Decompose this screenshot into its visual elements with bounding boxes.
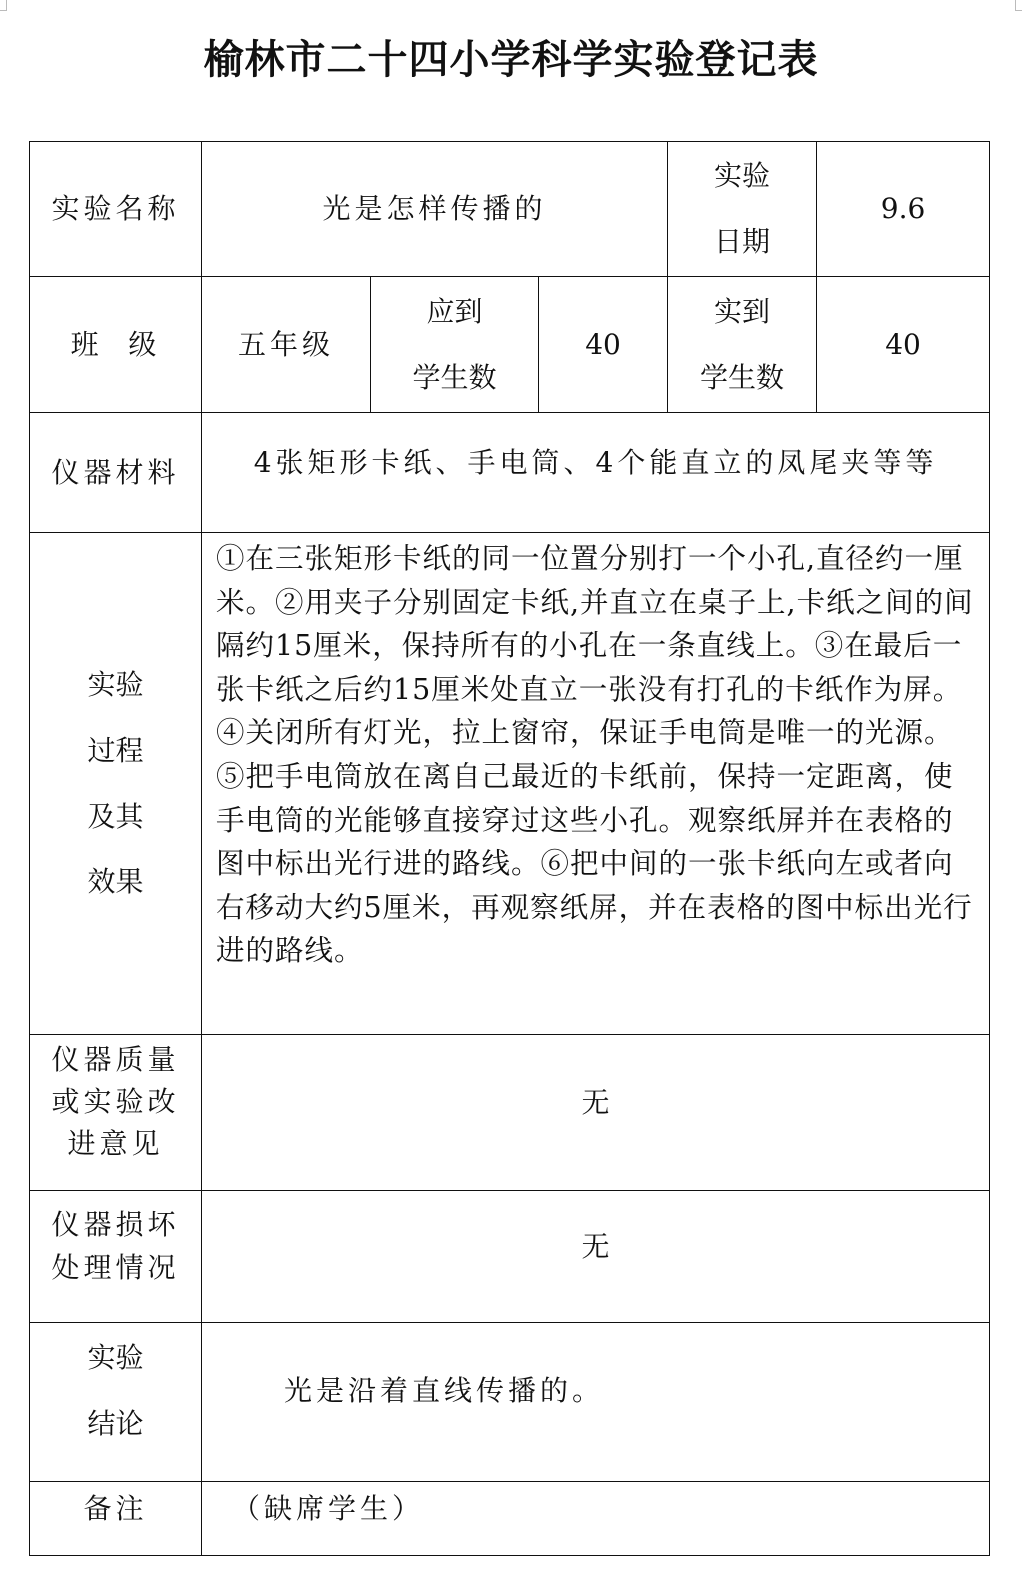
remarks-label: 备注 — [30, 1482, 202, 1556]
row-conclusion: 实验 结论 光是沿着直线传播的。 — [30, 1323, 990, 1482]
quality-value: 无 — [202, 1035, 990, 1191]
quality-label-line: 或实验改 — [30, 1081, 201, 1123]
remarks-value: （缺席学生） — [202, 1482, 990, 1556]
class-label: 班 级 — [30, 277, 202, 413]
damage-value: 无 — [202, 1191, 990, 1323]
conclusion-value: 光是沿着直线传播的。 — [202, 1323, 990, 1482]
page-corner-mark — [1015, 0, 1022, 11]
experiment-name-value: 光是怎样传播的 — [202, 142, 668, 277]
conclusion-label: 实验 结论 — [30, 1323, 202, 1482]
conclusion-label-line: 结论 — [30, 1391, 201, 1457]
actual-students-label: 实到学生数 — [668, 277, 817, 413]
expected-students-label: 应到学生数 — [371, 277, 539, 413]
process-label-line: 过程 — [30, 718, 201, 784]
damage-label-line: 仪器损坏 — [30, 1203, 201, 1246]
row-remarks: 备注 （缺席学生） — [30, 1482, 990, 1556]
process-label-line: 效果 — [30, 849, 201, 915]
page-corner-mark — [0, 0, 7, 11]
class-value: 五年级 — [202, 277, 371, 413]
row-quality: 仪器质量 或实验改 进意见 无 — [30, 1035, 990, 1191]
damage-label-line: 处理情况 — [30, 1246, 201, 1289]
date-label-line: 日期 — [668, 209, 816, 275]
document-title: 榆林市二十四小学科学实验登记表 — [0, 28, 1022, 85]
actual-label-line: 实到 — [668, 279, 816, 345]
actual-label-line: 学生数 — [668, 345, 816, 411]
process-value: ①在三张矩形卡纸的同一位置分别打一个小孔,直径约一厘米。②用夹子分别固定卡纸,并… — [202, 533, 990, 1035]
conclusion-label-line: 实验 — [30, 1325, 201, 1391]
expected-label-line: 学生数 — [371, 345, 538, 411]
process-label-line: 及其 — [30, 784, 201, 850]
experiment-name-label: 实验名称 — [30, 142, 202, 277]
materials-value: 4张矩形卡纸、手电筒、4个能直立的凤尾夹等等 — [202, 413, 990, 533]
row-materials: 仪器材料 4张矩形卡纸、手电筒、4个能直立的凤尾夹等等 — [30, 413, 990, 533]
quality-label-line: 进意见 — [30, 1123, 201, 1165]
date-label-line: 实验 — [668, 143, 816, 209]
row-experiment-name: 实验名称 光是怎样传播的 实验日期 9.6 — [30, 142, 990, 277]
row-process: 实验 过程 及其 效果 ①在三张矩形卡纸的同一位置分别打一个小孔,直径约一厘米。… — [30, 533, 990, 1035]
row-class: 班 级 五年级 应到学生数 40 实到学生数 40 — [30, 277, 990, 413]
date-value: 9.6 — [817, 142, 990, 277]
experiment-record-table: 实验名称 光是怎样传播的 实验日期 9.6 班 级 五年级 应到学生数 40 实… — [29, 141, 990, 1556]
actual-students-value: 40 — [817, 277, 990, 413]
expected-students-value: 40 — [539, 277, 668, 413]
date-label: 实验日期 — [668, 142, 817, 277]
row-damage: 仪器损坏 处理情况 无 — [30, 1191, 990, 1323]
process-label: 实验 过程 及其 效果 — [30, 533, 202, 1035]
quality-label: 仪器质量 或实验改 进意见 — [30, 1035, 202, 1191]
materials-label: 仪器材料 — [30, 413, 202, 533]
damage-label: 仪器损坏 处理情况 — [30, 1191, 202, 1323]
quality-label-line: 仪器质量 — [30, 1039, 201, 1081]
expected-label-line: 应到 — [371, 279, 538, 345]
process-label-line: 实验 — [30, 652, 201, 718]
